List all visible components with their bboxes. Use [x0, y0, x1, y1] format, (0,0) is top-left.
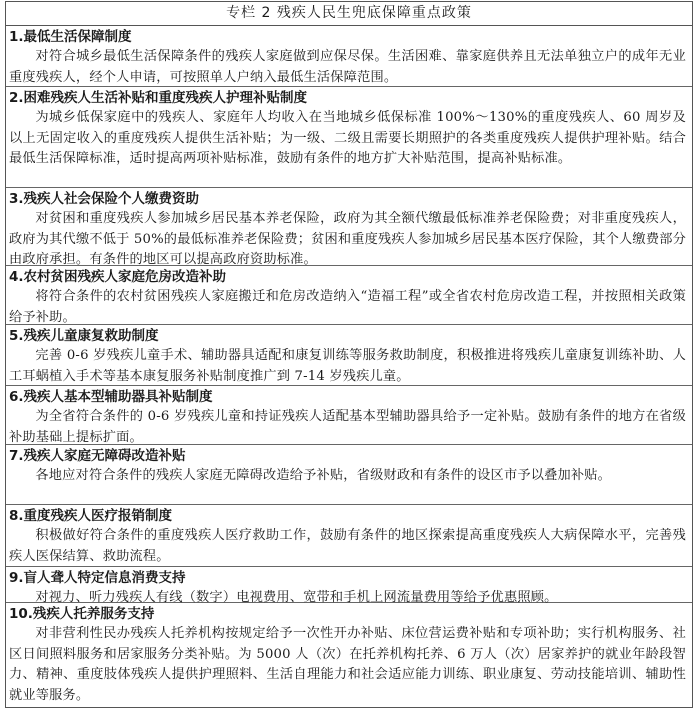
policy-heading: 7.残疾人家庭无障碍改造补贴: [9, 446, 686, 466]
policy-body: 为城乡低保家庭中的残疾人、家庭年人均收入在当地城乡低保标准 100%～130%的…: [9, 108, 686, 170]
policy-heading: 1.最低生活保障制度: [9, 27, 686, 47]
policy-row-6: 6.残疾人基本型辅助器具补贴制度 为全省符合条件的 0-6 岁残疾儿童和持证残疾…: [6, 386, 692, 445]
policy-row-8: 8.重度残疾人医疗报销制度 积极做好符合条件的重度残疾人医疗救助工作，鼓励有条件…: [6, 505, 692, 567]
policy-table: 专栏 2 残疾人民生兜底保障重点政策 1.最低生活保障制度 对符合城乡最低生活保…: [5, 1, 693, 708]
policy-row-2: 2.困难残疾人生活补贴和重度残疾人护理补贴制度 为城乡低保家庭中的残疾人、家庭年…: [6, 87, 692, 188]
policy-body: 积极做好符合条件的重度残疾人医疗救助工作，鼓励有条件的地区探索提高重度残疾人大病…: [9, 526, 686, 567]
policy-row-1: 1.最低生活保障制度 对符合城乡最低生活保障条件的残疾人家庭做到应保尽保。生活困…: [6, 26, 692, 87]
policy-body: 完善 0-6 岁残疾儿童手术、辅助器具适配和康复训练等服务救助制度，积极推进将残…: [9, 346, 686, 387]
policy-body: 各地应对符合条件的残疾人家庭无障碍改造给予补贴，省级财政和有条件的设区市予以叠加…: [9, 466, 686, 487]
policy-row-4: 4.农村贫困残疾人家庭危房改造补助 将符合条件的农村贫困残疾人家庭搬迁和危房改造…: [6, 266, 692, 325]
policy-row-10: 10.残疾人托养服务支持 对非营利性民办残疾人托养机构按规定给予一次性开办补贴、…: [6, 603, 692, 707]
policy-row-7: 7.残疾人家庭无障碍改造补贴 各地应对符合条件的残疾人家庭无障碍改造给予补贴，省…: [6, 445, 692, 505]
policy-heading: 5.残疾儿童康复救助制度: [9, 326, 686, 346]
policy-body: 将符合条件的农村贫困残疾人家庭搬迁和危房改造纳入“造福工程”或全省农村危房改造工…: [9, 287, 686, 328]
policy-row-5: 5.残疾儿童康复救助制度 完善 0-6 岁残疾儿童手术、辅助器具适配和康复训练等…: [6, 325, 692, 386]
policy-body: 对符合城乡最低生活保障条件的残疾人家庭做到应保尽保。生活困难、靠家庭供养且无法单…: [9, 47, 686, 88]
policy-heading: 8.重度残疾人医疗报销制度: [9, 506, 686, 526]
policy-body: 对非营利性民办残疾人托养机构按规定给予一次性开办补贴、床位营运费补贴和专项补助；…: [9, 624, 686, 706]
policy-body: 为全省符合条件的 0-6 岁残疾儿童和持证残疾人适配基本型辅助器具给予一定补贴。…: [9, 407, 686, 448]
policy-heading: 2.困难残疾人生活补贴和重度残疾人护理补贴制度: [9, 88, 686, 108]
policy-row-3: 3.残疾人社会保险个人缴费资助 对贫困和重度残疾人参加城乡居民基本养老保险，政府…: [6, 188, 692, 266]
policy-heading: 4.农村贫困残疾人家庭危房改造补助: [9, 267, 686, 287]
table-title: 专栏 2 残疾人民生兜底保障重点政策: [6, 2, 692, 26]
policy-heading: 6.残疾人基本型辅助器具补贴制度: [9, 387, 686, 407]
policy-row-9: 9.盲人聋人特定信息消费支持 对视力、听力残疾人有线（数字）电视费用、宽带和手机…: [6, 567, 692, 603]
policy-heading: 9.盲人聋人特定信息消费支持: [9, 568, 686, 588]
policy-heading: 3.残疾人社会保险个人缴费资助: [9, 189, 686, 209]
policy-body: 对贫困和重度残疾人参加城乡居民基本养老保险，政府为其全额代缴最低标准养老保险费；…: [9, 209, 686, 271]
